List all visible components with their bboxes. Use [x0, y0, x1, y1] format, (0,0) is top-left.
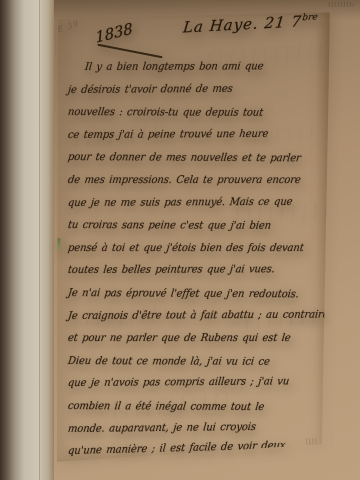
letter-sheet-wrap: E 39 1838 La Haye. 21 7bre Il y a bien l…	[55, 10, 330, 465]
letter-sheet: E 39 1838 La Haye. 21 7bre Il y a bien l…	[55, 10, 330, 465]
dateline: La Haye. 21 7bre	[182, 11, 318, 36]
year-underline-stroke	[97, 44, 162, 59]
letter-line: nouvelles : croirois-tu que depuis tout	[67, 106, 264, 119]
letter-line: Je craignois d'être tout à fait abattu ;…	[67, 308, 330, 321]
letter-line: combien il a été inégal comme tout le	[67, 400, 265, 413]
letter-line: que je n'avois pas compris ailleurs ; j'…	[67, 376, 290, 390]
corner-blot	[305, 438, 317, 447]
green-ink-mark	[55, 238, 61, 251]
letter-line: monde. auparavant, je ne lui croyois	[67, 421, 256, 435]
dateline-month: 7bre	[290, 11, 318, 30]
pencil-shelfmark: E 39	[56, 19, 80, 35]
album-page-crease	[39, 0, 40, 480]
letter-line: que je ne me suis pas ennuyé. Mais ce qu…	[67, 195, 293, 208]
album-gutter	[0, 0, 54, 480]
letter-line: Il y a bien longtemps bon ami que	[84, 60, 264, 73]
letter-line: ce temps j'ai à peine trouvé une heure	[67, 128, 269, 141]
letter-line: qu'une manière ; il est facile de voir d…	[67, 440, 285, 458]
letter-line: pour te donner de mes nouvelles et te pa…	[67, 151, 301, 164]
year-inscription: 1838	[95, 19, 134, 46]
letter-line: je désirois t'avoir donné de mes	[67, 82, 233, 95]
letter-line: Dieu de tout ce monde là, j'ai vu ici ce	[67, 355, 270, 368]
letter-line: et pour ne parler que de Rubens qui est …	[67, 332, 291, 344]
letter-line: pensé à toi et que j'étois bien des fois…	[67, 242, 304, 254]
margin-scribble	[327, 2, 354, 7]
letter-line: Je n'ai pas éprouvé l'effet que j'en red…	[67, 287, 299, 300]
letter-line: tu croiras sans peine c'est que j'ai bie…	[67, 219, 271, 232]
letter-scan-photo: E 39 1838 La Haye. 21 7bre Il y a bien l…	[0, 0, 360, 480]
dateline-place: La Haye.	[182, 14, 260, 36]
letter-line: toutes les belles peintures que j'ai vue…	[67, 264, 275, 277]
dateline-day: 21	[264, 13, 287, 32]
letter-line: de mes impressions. Cela te prouvera enc…	[67, 174, 301, 186]
